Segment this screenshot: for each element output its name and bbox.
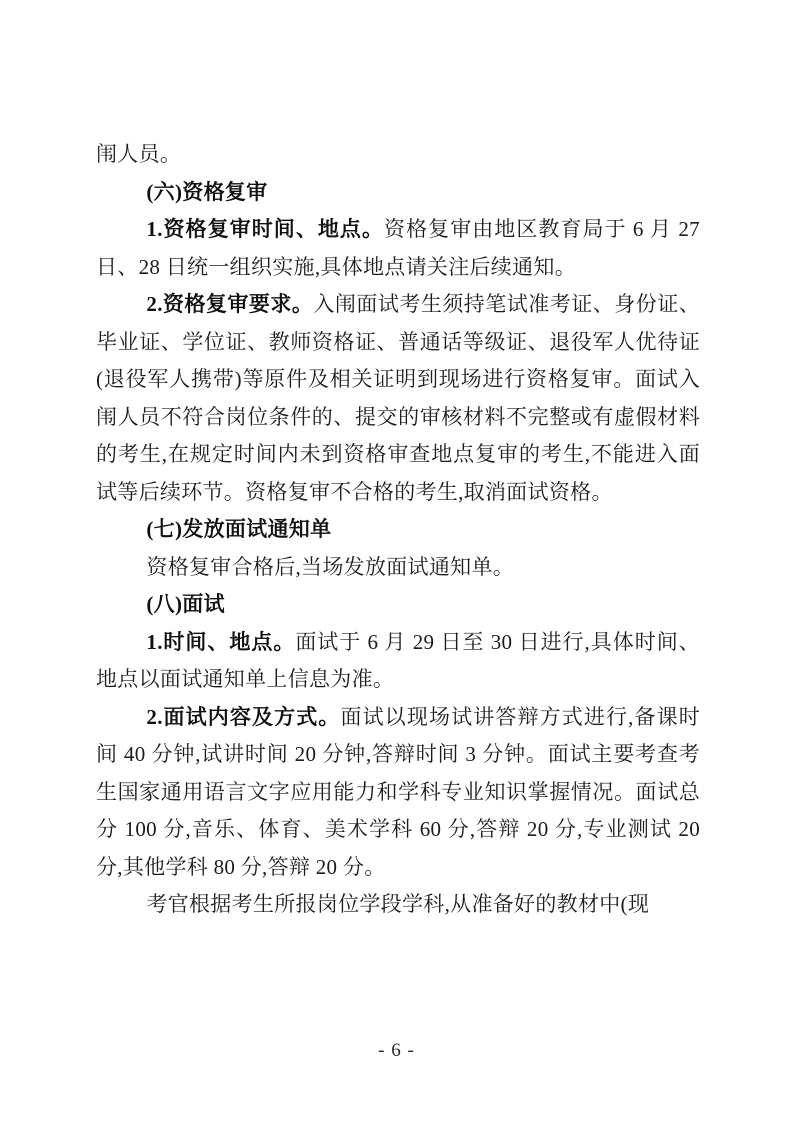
paragraph-lead: 1.时间、地点。 xyxy=(146,630,295,654)
heading-text: (六)资格复审 xyxy=(146,180,267,204)
paragraph-lead: 1.资格复审时间、地点。 xyxy=(146,217,384,241)
paragraph-interview-content: 2.面试内容及方式。面试以现场试讲答辩方式进行,备课时间 40 分钟,试讲时间 … xyxy=(96,699,700,887)
heading-text: (七)发放面试通知单 xyxy=(146,517,331,541)
paragraph-review-requirements: 2.资格复审要求。入闱面试考生须持笔试准考证、身份证、毕业证、学位证、教师资格证… xyxy=(96,286,700,511)
paragraph-notice-issue: 资格复审合格后,当场发放面试通知单。 xyxy=(96,549,700,587)
heading-text: (八)面试 xyxy=(146,592,225,616)
paragraph-text: 考官根据考生所报岗位学段学科,从准备好的教材中(现 xyxy=(146,892,649,916)
section-heading-6: (六)资格复审 xyxy=(96,174,700,212)
paragraph-text: 入闱面试考生须持笔试准考证、身份证、毕业证、学位证、教师资格证、普通话等级证、退… xyxy=(96,292,700,504)
section-heading-8: (八)面试 xyxy=(96,586,700,624)
document-page: 闱人员。 (六)资格复审 1.资格复审时间、地点。资格复审由地区教育局于 6 月… xyxy=(0,0,793,1122)
page-number: - 6 - xyxy=(0,1040,793,1062)
paragraph-text: 面试以现场试讲答辩方式进行,备课时间 40 分钟,试讲时间 20 分钟,答辩时间… xyxy=(96,705,700,879)
paragraph-lead: 2.面试内容及方式。 xyxy=(146,705,340,729)
section-heading-7: (七)发放面试通知单 xyxy=(96,511,700,549)
document-body: 闱人员。 (六)资格复审 1.资格复审时间、地点。资格复审由地区教育局于 6 月… xyxy=(96,136,700,924)
paragraph-examiner: 考官根据考生所报岗位学段学科,从准备好的教材中(现 xyxy=(96,886,700,924)
paragraph-text: 闱人员。 xyxy=(96,142,181,166)
paragraph-lead: 2.资格复审要求。 xyxy=(146,292,313,316)
paragraph-review-time: 1.资格复审时间、地点。资格复审由地区教育局于 6 月 27 日、28 日统一组… xyxy=(96,211,700,286)
paragraph-text: 资格复审合格后,当场发放面试通知单。 xyxy=(146,555,514,579)
paragraph-interview-time: 1.时间、地点。面试于 6 月 29 日至 30 日进行,具体时间、地点以面试通… xyxy=(96,624,700,699)
paragraph-continuation: 闱人员。 xyxy=(96,136,700,174)
